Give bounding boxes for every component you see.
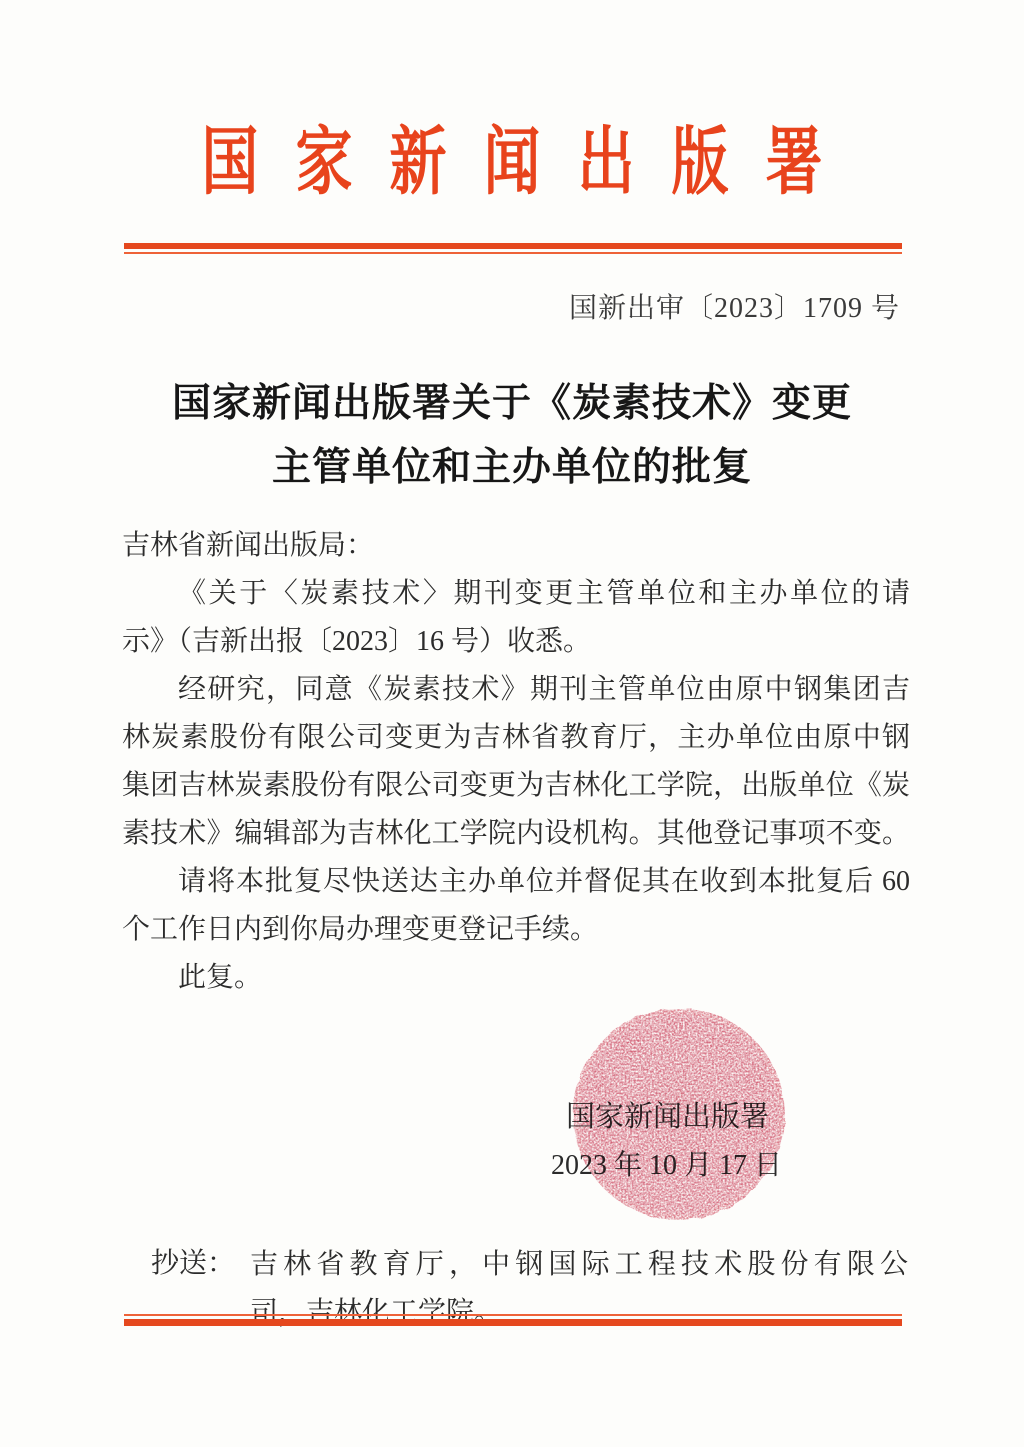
header-rule-thin xyxy=(124,252,902,254)
official-document-scan: 国家新闻出版署 国新出审〔2023〕1709 号 国家新闻出版署关于《炭素技术》… xyxy=(0,0,1024,1447)
cc-label: 抄送： xyxy=(151,1241,235,1281)
body-line: 《关于〈炭素技术〉期刊变更主管单位和主办单位的请 xyxy=(122,570,910,618)
body-line: 个工作日内到你局办理变更登记手续。 xyxy=(122,906,910,954)
title-line-1: 国家新闻出版署关于《炭素技术》变更 xyxy=(0,372,1024,436)
official-seal-stamp: 国家新闻出版署 xyxy=(567,1002,791,1226)
footer-rule-thin xyxy=(124,1314,902,1316)
cc-line: 司，吉林化工学院。 xyxy=(250,1289,908,1337)
body-line: 素技术》编辑部为吉林化工学院内设机构。其他登记事项不变。 xyxy=(122,810,910,858)
body-line: 示》（吉新出报〔2023〕16 号）收悉。 xyxy=(122,618,910,666)
title-line-2: 主管单位和主办单位的批复 xyxy=(0,436,1024,500)
body-line: 林炭素股份有限公司变更为吉林省教育厅，主办单位由原中钢 xyxy=(122,714,910,762)
body-line: 集团吉林炭素股份有限公司变更为吉林化工学院，出版单位《炭 xyxy=(122,762,910,810)
salutation-line: 吉林省新闻出版局： xyxy=(122,522,910,570)
closing-line: 此复。 xyxy=(122,954,910,1002)
document-title: 国家新闻出版署关于《炭素技术》变更 主管单位和主办单位的批复 xyxy=(0,372,1024,500)
agency-letterhead: 国家新闻出版署 xyxy=(0,126,1024,200)
body-line: 请将本批复尽快送达主办单位并督促其在收到本批复后 60 xyxy=(122,858,910,906)
footer-rule-thick xyxy=(124,1319,902,1326)
document-body: 吉林省新闻出版局： 《关于〈炭素技术〉期刊变更主管单位和主办单位的请 示》（吉新… xyxy=(122,522,910,1002)
header-rule-thick xyxy=(124,243,902,249)
cc-line: 吉林省教育厅，中钢国际工程技术股份有限公 xyxy=(250,1241,908,1289)
body-line: 经研究，同意《炭素技术》期刊主管单位由原中钢集团吉 xyxy=(122,666,910,714)
document-number: 国新出审〔2023〕1709 号 xyxy=(569,286,900,326)
